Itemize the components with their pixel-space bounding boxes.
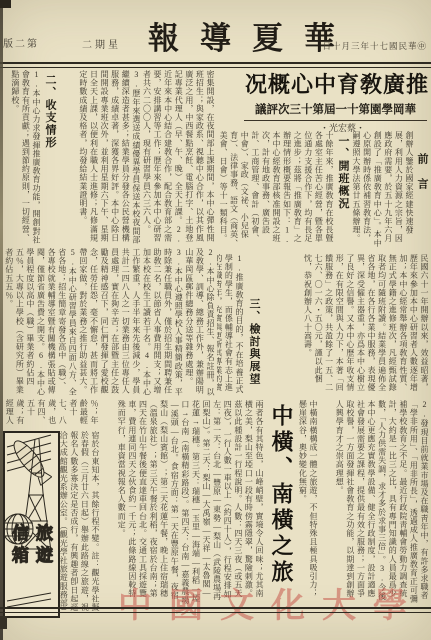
section-1-text-left: 密集開設，在夜間部上課期間，本中心彈性開班招生；與家政系、視聽中心合作，以其作風… <box>57 70 215 246</box>
section-2-text-b: 民國六十一年開辦以來，效益昭著，歷年來參加本中心研習者人數逐年增加；本中心經常舉… <box>261 254 429 397</box>
section-2-text-d: ％；年齡最輕者十七、八歲，也有四、五十歲；有經理人士。 <box>4 399 99 429</box>
lead-article-left-band-2: 2.本中心除負責招生、報名註冊，以及敎學、訓導、總務工作外，兼辦陽明山華岡區郵件… <box>2 248 215 398</box>
mailbox-logo: 旅遊信箱 <box>8 524 54 570</box>
bottom-rule <box>0 607 431 613</box>
travel-article: 中橫南橫構成一體之旅遊，不但特殊且極具吸引力；懸崖深谷，奧妙變化無窮。 中橫、南… <box>102 400 318 605</box>
page-number-label: 版二第 <box>3 35 39 50</box>
section-heading-2: 二、收支情形 <box>41 70 57 246</box>
lead-article-band-3: 2.發現目前就業市場及在職靑年中，有許多求職者「學非所用」、「用非所長」，透過成… <box>321 400 429 605</box>
scan-edge-artifact <box>0 0 3 640</box>
lead-headline: 况概心中育敎廣推 <box>245 68 427 99</box>
lead-article-band-2: 民國六十一年開辦以來，效益昭著，歷年來參加本中心研習者人數逐年增加；本中心經常舉… <box>215 254 429 397</box>
section-2-text-c: 2.本中心除負責招生、報名註冊，以及敎學、訓導、總務工作外，兼辦陽明山華岡區郵件… <box>4 248 215 398</box>
section-1-text: 十餘年來，推廣敎育在校長曁各處室主任苦心經營，曁各單位通力支援合作下，均有長足之… <box>217 131 334 250</box>
scan-blot-top-left <box>0 0 11 8</box>
travel-headline: 中橫、南橫之旅 <box>264 400 296 605</box>
university-watermark: 中國文化大學 <box>118 578 424 627</box>
newspaper-page: 版二第 二期星 報導夏華 日十月三年十七國民華㊥ 况概心中育敎廣推 議評次三十第… <box>0 0 431 640</box>
lead-article-band-1: 前 言 創辦人鑒於國家經建快速發展，利用人力資源之宗旨，因應政府需要，於五十九年… <box>215 131 429 250</box>
section-2-text: 1.本中心力求發揮推廣敎育功能，開創對社會敎育有所貢獻；遇到節約原則，一切經營、… <box>4 70 41 246</box>
preface-text: 創辦人鑒於國家經建快速發展，利用人力資源之宗旨，因應政府需要，於五十九年六月創設… <box>350 131 414 250</box>
scan-blot-bottom-left <box>0 616 7 629</box>
lead-article-left-band-1: 密集開設，在夜間部上課期間，本中心彈性開班招生；與家政系、視聽中心合作，以其作風… <box>2 70 215 246</box>
section-heading-1: 一、開班概況 <box>334 131 350 250</box>
lead-subhead: 議評次三十第屆一十第園學岡華 <box>244 101 427 121</box>
lead-article-left-band-3: ％；年齡最輕者十七、八歲，也有四、五十歲；有經理人士。 <box>2 399 99 429</box>
dateline: 日十月三年十七國民華㊥ <box>322 40 427 52</box>
travel-intro-text: 中橫南橫構成一體之旅遊，不但特殊且極具吸引力；懸崖深谷，奧妙變化無窮。 <box>296 400 318 605</box>
travel-body-text: 兩者各有其特色，山峰峭壁，實境令人回味；尤其南橫之美，梨山至埡口一段有時傍霧隱翠… <box>106 400 264 605</box>
mailbox-note: 宿於台東知本，其餘行程不變。註：觀光學社擬於春假（三月廿六日起）舉辦此路線之旅遊… <box>58 431 100 614</box>
section-heading-preface: 前 言 <box>414 131 429 250</box>
section-heading-3: 三、檢討與展望 <box>244 254 261 397</box>
section-3-text-a: 1.推廣敎育的目的，不在培養正式學制的學生，而係輔導社會有志上進的在職靑年，充實… <box>217 254 244 397</box>
mailbox-note-text: 宿於台東知本，其餘行程不變。註：觀光學社擬於春假（三月廿六日起）舉辦此路線之旅遊… <box>59 431 100 614</box>
ground-hatch <box>7 593 51 607</box>
weekday-label: 二期星 <box>82 36 121 51</box>
section-3-text-b: 2.發現目前就業市場及在職靑年中，有許多求職者「學非所用」、「用非所長」，透過成… <box>323 400 429 605</box>
